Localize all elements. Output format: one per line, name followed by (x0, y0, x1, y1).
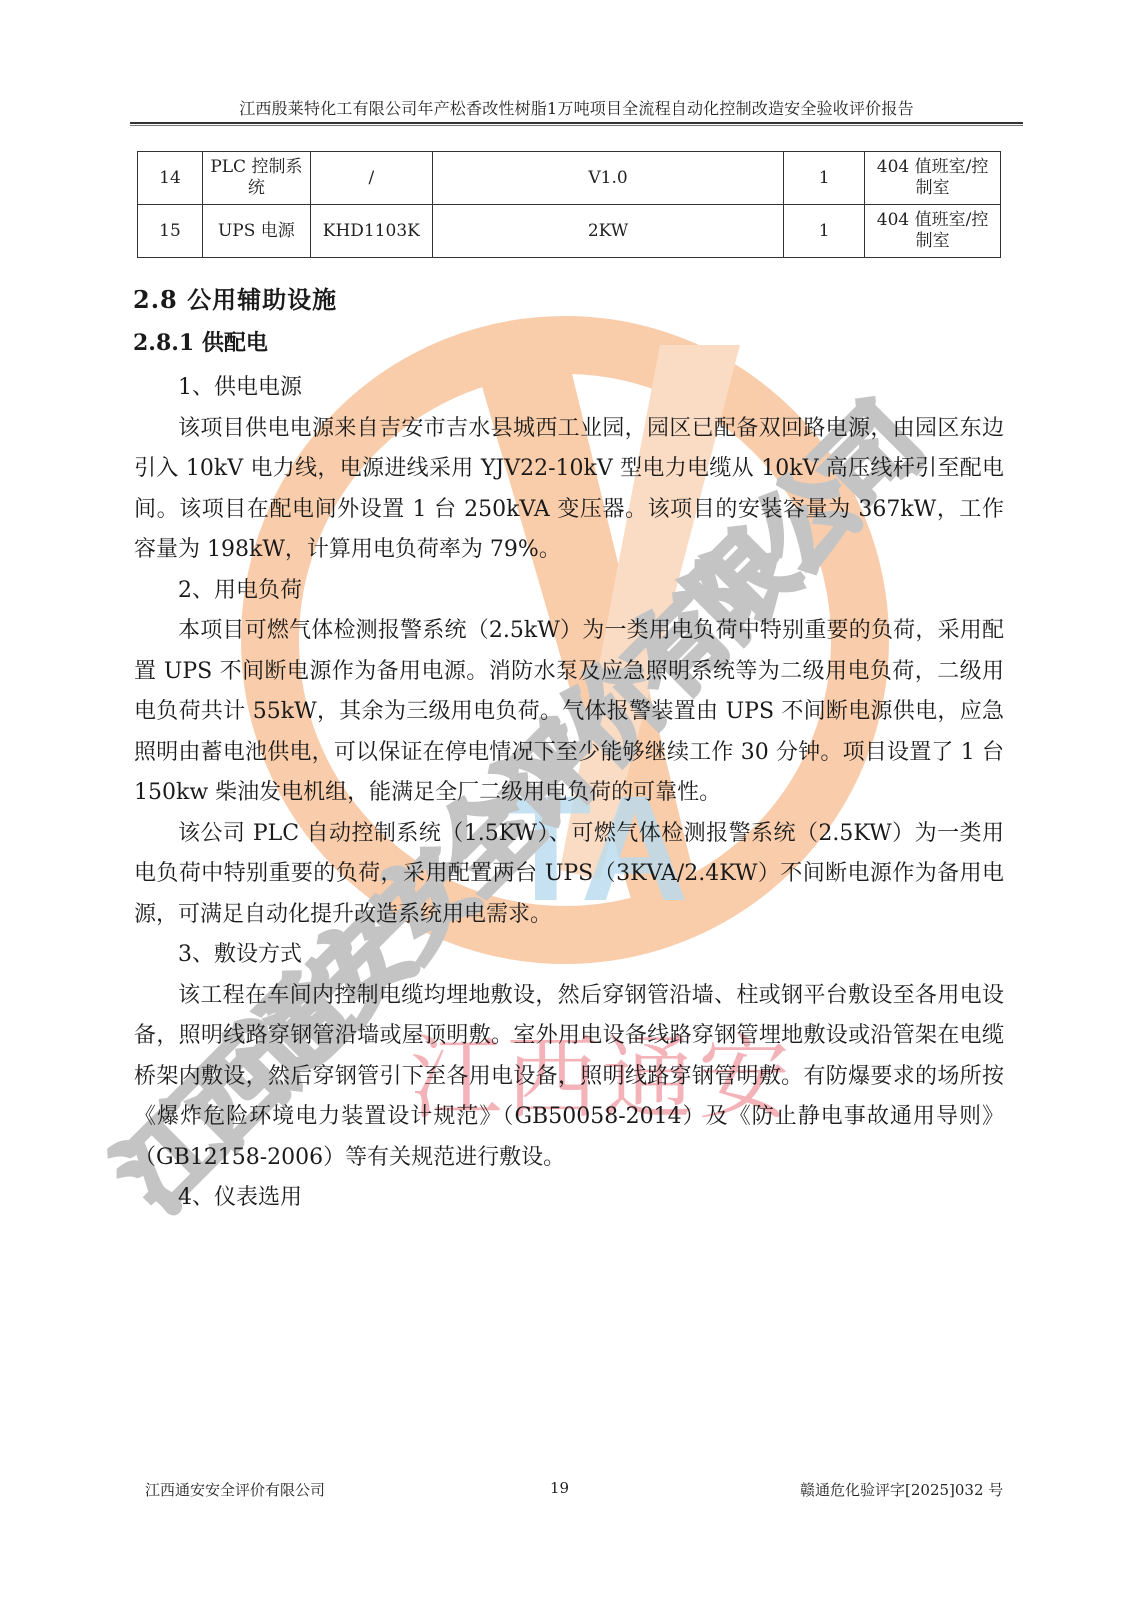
paragraph: 该公司 PLC 自动控制系统（1.5KW）、可燃气体检测报警系统（2.5KW）为… (134, 814, 1004, 936)
cell-spec: V1.0 (432, 152, 783, 205)
item-title: 1、供电电源 (134, 368, 1004, 409)
footer-page-number: 19 (550, 1479, 569, 1497)
cell-location: 404 值班室/控制室 (865, 152, 1001, 205)
item-title: 3、敷设方式 (134, 935, 1004, 976)
body-text: 1、供电电源 该项目供电电源来自吉安市吉水县城西工业园，园区已配备双回路电源，由… (134, 368, 1004, 1219)
item-title: 2、用电负荷 (134, 571, 1004, 612)
footer-doc-number: 赣通危化验评字[2025]032 号 (800, 1479, 1003, 1500)
header-rule (130, 122, 1023, 126)
cell-no: 15 (138, 205, 203, 258)
section-heading: 2.8 公用辅助设施 (133, 280, 337, 315)
subsection-heading: 2.8.1 供配电 (133, 326, 268, 357)
cell-qty: 1 (784, 152, 865, 205)
cell-model: KHD1103K (310, 205, 432, 258)
footer-company: 江西通安安全评价有限公司 (145, 1479, 325, 1500)
cell-spec: 2KW (432, 205, 783, 258)
cell-name: PLC 控制系统 (202, 152, 310, 205)
table-row: 15 UPS 电源 KHD1103K 2KW 1 404 值班室/控制室 (138, 205, 1001, 258)
cell-location: 404 值班室/控制室 (865, 205, 1001, 258)
item-title: 4、仪表选用 (134, 1178, 1004, 1219)
paragraph: 本项目可燃气体检测报警系统（2.5kW）为一类用电负荷中特别重要的负荷，采用配置… (134, 611, 1004, 814)
running-header-title: 江西殷莱特化工有限公司年产松香改性树脂1万吨项目全流程自动化控制改造安全验收评价… (130, 96, 1023, 119)
document-page: TA 江西通安 江西通安安全评价有限公司 江西殷莱特化工有限公司年产松香改性树脂… (0, 0, 1131, 1600)
table-row: 14 PLC 控制系统 / V1.0 1 404 值班室/控制室 (138, 152, 1001, 205)
cell-name: UPS 电源 (202, 205, 310, 258)
paragraph: 该项目供电电源来自吉安市吉水县城西工业园，园区已配备双回路电源，由园区东边引入 … (134, 409, 1004, 571)
equipment-table: 14 PLC 控制系统 / V1.0 1 404 值班室/控制室 15 UPS … (137, 151, 1001, 258)
cell-model: / (310, 152, 432, 205)
paragraph: 该工程在车间内控制电缆均埋地敷设，然后穿钢管沿墙、柱或钢平台敷设至各用电设备，照… (134, 976, 1004, 1179)
cell-no: 14 (138, 152, 203, 205)
cell-qty: 1 (784, 205, 865, 258)
